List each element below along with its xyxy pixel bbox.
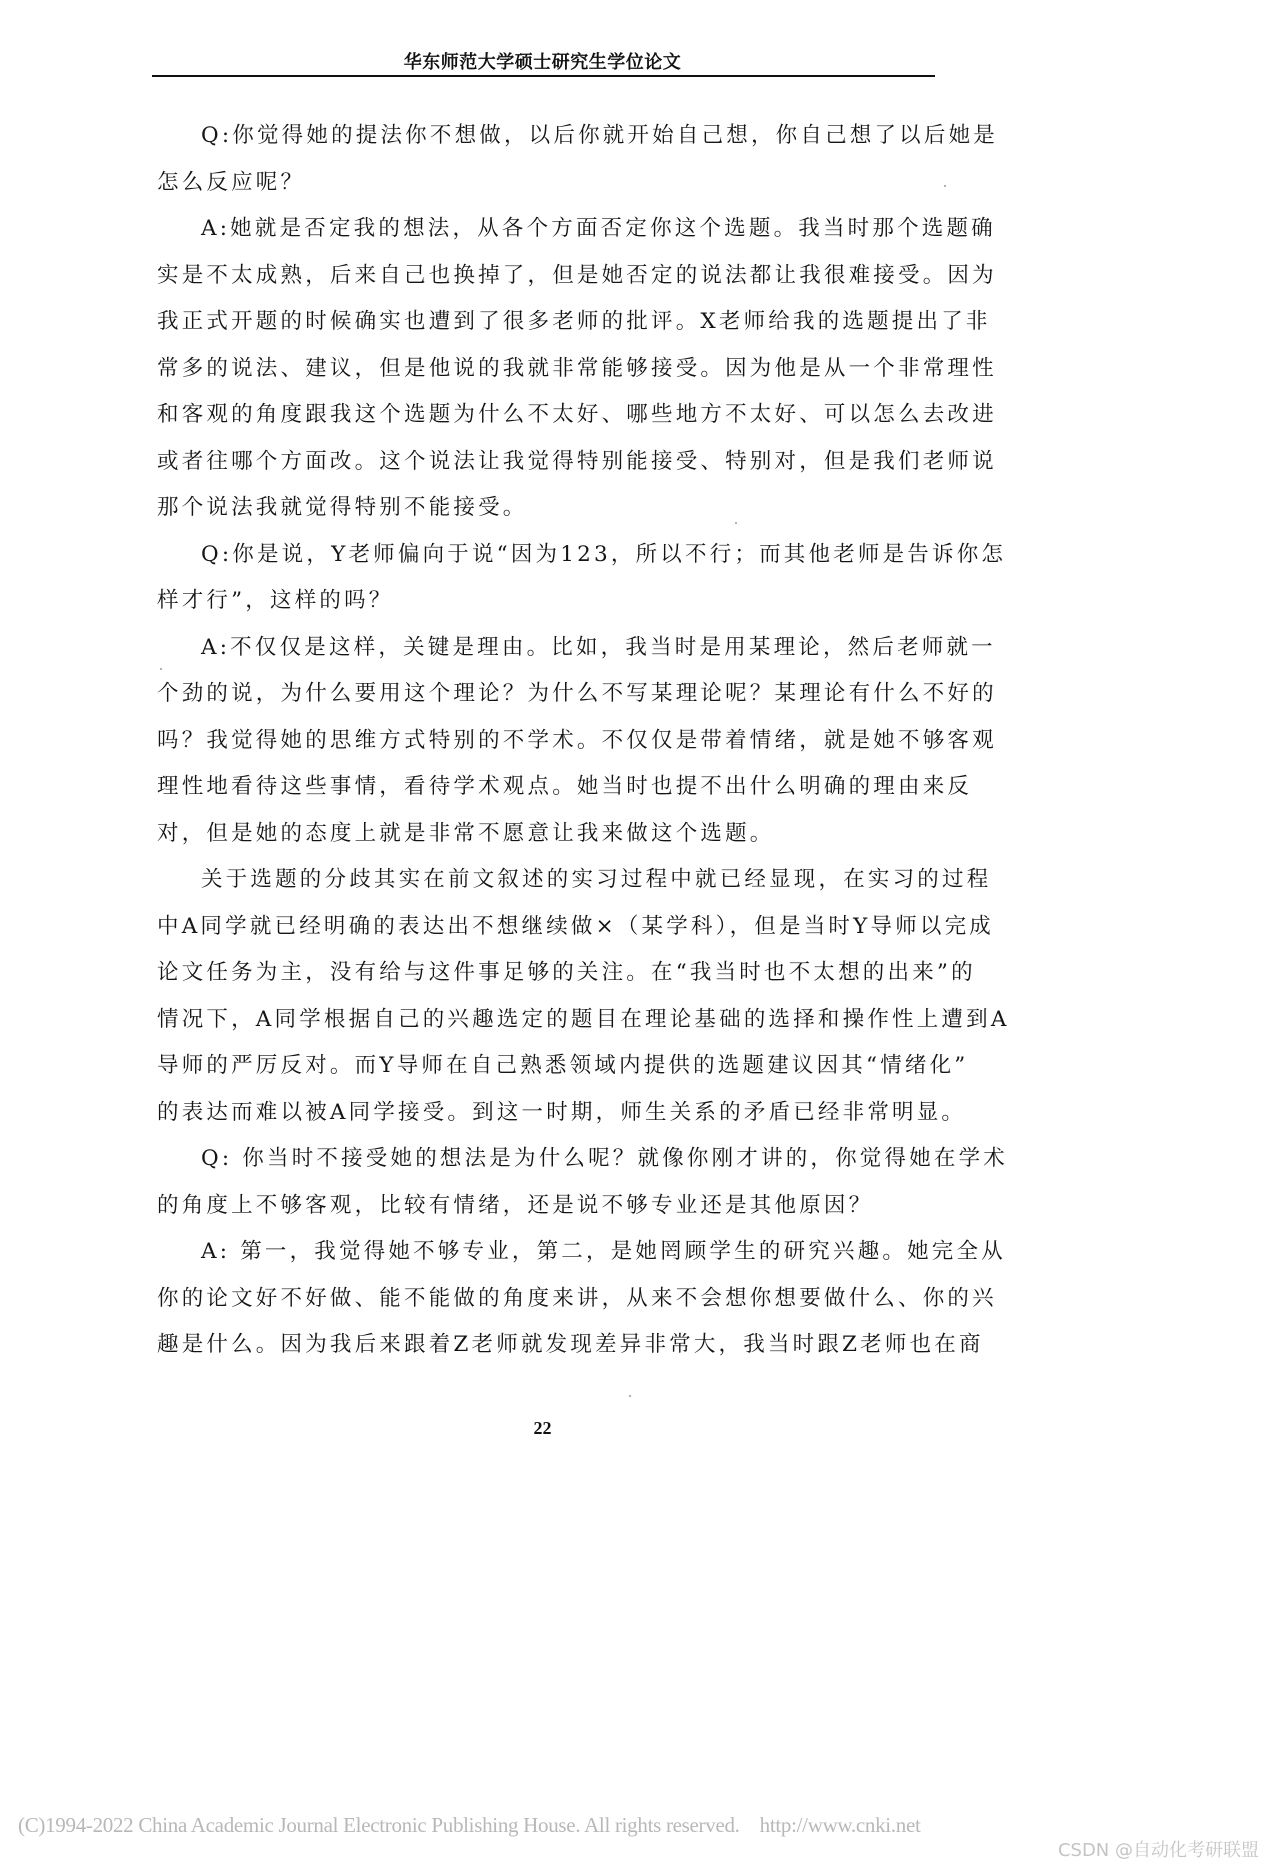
cnki-url: http://www.cnki.net: [760, 1813, 921, 1837]
text-line: 吗？我觉得她的思维方式特别的不学术。不仅仅是带着情绪，就是她不够客观: [157, 723, 937, 770]
text-line: 趣是什么。因为我后来跟着Z老师就发现差异非常大，我当时跟Z老师也在商: [157, 1327, 937, 1374]
text-line: 导师的严厉反对。而Y导师在自己熟悉领域内提供的选题建议因其“情绪化”: [157, 1048, 937, 1095]
text-line: 关于选题的分歧其实在前文叙述的实习过程中就已经显现，在实习的过程: [157, 862, 937, 909]
text-line: Q:你觉得她的提法你不想做，以后你就开始自己想，你自己想了以后她是: [157, 118, 937, 165]
scan-speck: [735, 522, 737, 524]
text-line: 或者往哪个方面改。这个说法让我觉得特别能接受、特别对，但是我们老师说: [157, 444, 937, 491]
copyright-text: (C)1994-2022 China Academic Journal Elec…: [18, 1813, 740, 1837]
scan-speck: [861, 232, 863, 234]
text-line: 中A同学就已经明确的表达出不想继续做×（某学科），但是当时Y导师以完成: [157, 909, 937, 956]
text-line: 那个说法我就觉得特别不能接受。: [157, 490, 937, 537]
text-line: A:不仅仅是这样，关键是理由。比如，我当时是用某理论，然后老师就一: [157, 630, 937, 677]
scan-speck: [944, 185, 946, 187]
thesis-running-header: 华东师范大学硕士研究生学位论文: [150, 48, 935, 74]
scan-speck: [160, 668, 162, 670]
text-line: 论文任务为主，没有给与这件事足够的关注。在“我当时也不太想的出来”的: [157, 955, 937, 1002]
text-line: 情况下，A同学根据自己的兴趣选定的题目在理论基础的选择和操作性上遭到A: [157, 1002, 937, 1049]
text-line: 怎么反应呢？: [157, 165, 937, 212]
text-line: A: 第一，我觉得她不够专业，第二，是她罔顾学生的研究兴趣。她完全从: [157, 1234, 937, 1281]
text-line: Q: 你当时不接受她的想法是为什么呢？就像你刚才讲的，你觉得她在学术: [157, 1141, 937, 1188]
text-line: A:她就是否定我的想法，从各个方面否定你这个选题。我当时那个选题确: [157, 211, 937, 258]
text-line: 个劲的说，为什么要用这个理论？为什么不写某理论呢？某理论有什么不好的: [157, 676, 937, 723]
header-divider: [152, 75, 935, 77]
text-line: 理性地看待这些事情，看待学术观点。她当时也提不出什么明确的理由来反: [157, 769, 937, 816]
csdn-watermark: CSDN @自动化考研联盟: [1058, 1836, 1259, 1859]
text-line: 样才行”，这样的吗？: [157, 583, 937, 630]
text-line: 你的论文好不好做、能不能做的角度来讲，从来不会想你想要做什么、你的兴: [157, 1281, 937, 1328]
text-line: 的角度上不够客观，比较有情绪，还是说不够专业还是其他原因？: [157, 1188, 937, 1235]
text-line: 和客观的角度跟我这个选题为什么不太好、哪些地方不太好、可以怎么去改进: [157, 397, 937, 444]
text-line: Q:你是说，Y老师偏向于说“因为123，所以不行；而其他老师是告诉你怎: [157, 537, 937, 584]
copyright-notice: (C)1994-2022 China Academic Journal Elec…: [18, 1813, 921, 1838]
page-number: 22: [0, 1418, 1085, 1439]
body-text: Q:你觉得她的提法你不想做，以后你就开始自己想，你自己想了以后她是 怎么反应呢？…: [157, 118, 937, 1374]
text-line: 对，但是她的态度上就是非常不愿意让我来做这个选题。: [157, 816, 937, 863]
text-line: 的表达而难以被A同学接受。到这一时期，师生关系的矛盾已经非常明显。: [157, 1095, 937, 1142]
scan-speck: [629, 1395, 631, 1397]
text-line: 常多的说法、建议，但是他说的我就非常能够接受。因为他是从一个非常理性: [157, 351, 937, 398]
text-line: 我正式开题的时候确实也遭到了很多老师的批评。X老师给我的选题提出了非: [157, 304, 937, 351]
text-line: 实是不太成熟，后来自己也换掉了，但是她否定的说法都让我很难接受。因为: [157, 258, 937, 305]
